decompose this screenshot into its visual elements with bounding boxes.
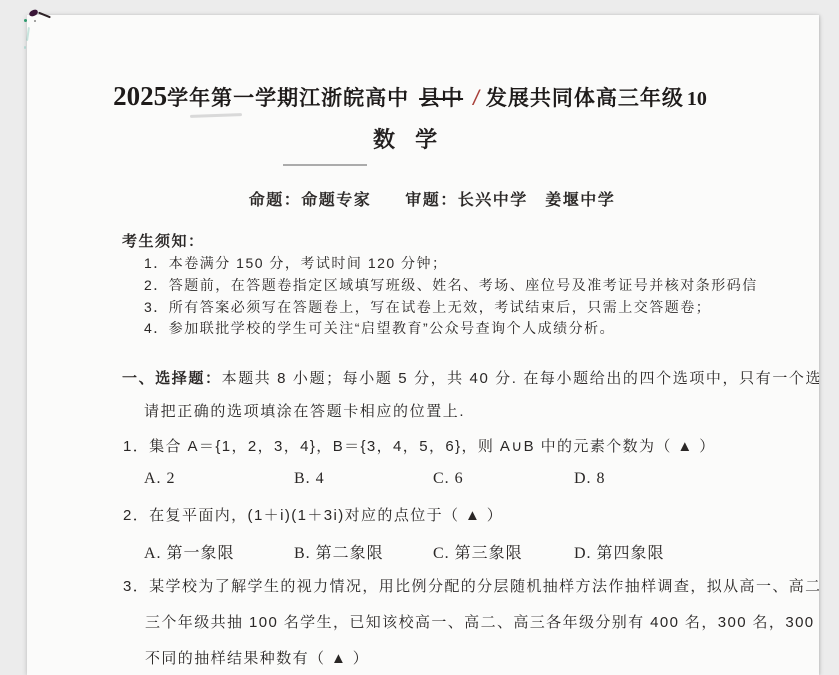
notice-item-1: 1．本卷满分 150 分，考试时间 120 分钟； [144, 253, 448, 273]
question-3-line-2: 三个年级共抽 100 名学生，已知该校高一、高二、高三各年级分别有 400 名，… [145, 611, 819, 632]
exam-year: 2025 [113, 81, 167, 111]
notice-item-3: 3．所有答案必须写在答题卷上，写在试卷上无效，考试结束后，只需上交答题卷； [144, 297, 711, 317]
question-1-line: 1．集合 A＝{1，2，3，4}，B＝{3，4，5，6}，则 A∪B 中的元素个… [123, 435, 716, 456]
section-heading-text: 本题共 8 小题；每小题 5 分，共 40 分. 在每小题给出的四个选项中，只有… [222, 370, 819, 387]
question-2-option-b: B. 第二象限 [294, 540, 384, 563]
ink-faint-dot [24, 46, 26, 49]
notice-heading: 考生须知： [122, 230, 205, 251]
title-part1: 学年第一学期江浙皖高中 [167, 87, 409, 110]
credits-line: 命题：命题专家审题：长兴中学 姜堰中学 [27, 187, 819, 210]
question-1-option-b: B. 4 [294, 470, 325, 488]
question-3-line-1: 3．某学校为了解学生的视力情况，用比例分配的分层随机抽样方法作抽样调查，拟从高一… [123, 575, 819, 596]
question-2-option-c: C. 第三象限 [433, 540, 523, 563]
title-part2: 发展共同体高三年级 [486, 87, 684, 110]
name-blank-line [283, 146, 367, 166]
question-1-option-a: A. 2 [144, 470, 176, 488]
subject-title: 数 学 [373, 123, 444, 154]
question-1-options: A. 2 B. 4 C. 6 D. 8 [27, 470, 819, 492]
screenshot-root: 2025学年第一学期江浙皖高中县中/发展共同体高三年级10 数 学 命题：命题专… [0, 0, 839, 675]
section-heading-label: 一、选择题： [122, 370, 222, 387]
question-2-line: 2．在复平面内，(1＋i)(1＋3i)对应的点位于（ ▲ ） [123, 504, 503, 525]
title-slash: / [473, 87, 480, 110]
title-grade-number: 10 [687, 88, 707, 110]
section-heading-line2: 请把正确的选项填涂在答题卡相应的位置上. [144, 400, 465, 421]
question-2-options: A. 第一象限 B. 第二象限 C. 第三象限 D. 第四象限 [27, 540, 819, 562]
question-3-line-3: 不同的抽样结果种数有（ ▲ ） [145, 647, 369, 668]
question-2-option-d: D. 第四象限 [574, 540, 665, 563]
section-heading: 一、选择题：本题共 8 小题；每小题 5 分，共 40 分. 在每小题给出的四个… [122, 367, 819, 388]
scan-smudge [190, 113, 242, 118]
notice-item-2: 2．答题前，在答题卷指定区域填写班级、姓名、考场、座位号及准考证号并核对条形码信… [144, 275, 758, 295]
proposer-label: 命题：命题专家 [249, 192, 372, 209]
question-2-option-a: A. 第一象限 [144, 540, 235, 563]
notice-item-4: 4．参加联批学校的学生可关注“启望教育”公众号查询个人成绩分析。 [144, 318, 615, 338]
reviewer-label: 审题：长兴中学 姜堰中学 [405, 192, 615, 209]
question-1-option-d: D. 8 [574, 470, 606, 488]
exam-title: 2025学年第一学期江浙皖高中县中/发展共同体高三年级10 [27, 81, 819, 112]
title-school-strikethrough: 县中 [419, 87, 463, 110]
question-1-option-c: C. 6 [433, 470, 464, 488]
exam-paper: 2025学年第一学期江浙皖高中县中/发展共同体高三年级10 数 学 命题：命题专… [27, 15, 819, 675]
